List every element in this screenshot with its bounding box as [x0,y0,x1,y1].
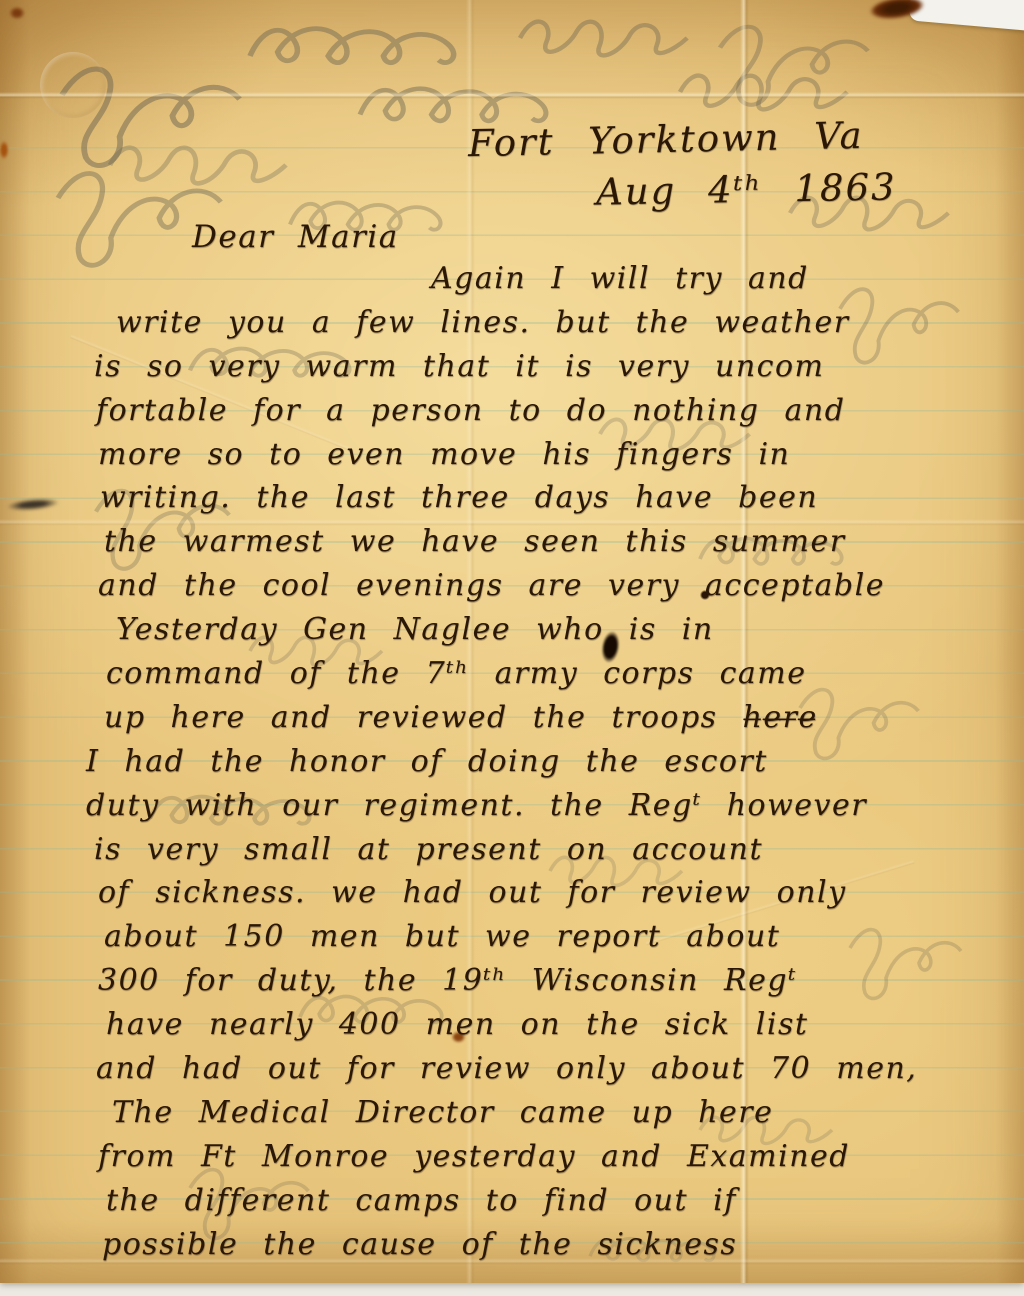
place-line: Fort Yorktown Va [468,114,864,165]
embossed-seal [40,52,106,118]
letter-line: write you a few lines. but the weather [86,305,1022,349]
salutation: Dear Maria [192,219,399,255]
letter-line: have nearly 400 men on the sick list [86,1007,1022,1051]
letter-line: Yesterday Gen Naglee who is in [86,612,1022,656]
ink-smudge [2,495,65,513]
corner-stain [858,0,935,27]
letter-page: Fort Yorktown Va Aug 4ᵗʰ 1863 Dear Maria… [0,0,1024,1283]
letter-line: more so to even move his fingers in [86,437,1022,481]
letter-line: possible the cause of the sickness [86,1227,1022,1271]
fold-crease-horizontal-top [0,92,1024,99]
letter-line: the different camps to find out if [86,1183,1022,1227]
letter-line: writing. the last three days have been [86,480,1022,524]
letter-line: from Ft Monroe yesterday and Examined [86,1139,1022,1183]
letter-line: The Medical Director came up here [86,1095,1022,1139]
letter-line: is very small at present on account [86,832,1022,876]
letter-line: about 150 men but we report about [86,919,1022,963]
letter-line: 300 for duty, the 19ᵗʰ Wisconsin Regᵗ [86,963,1022,1007]
letter-line: up here and reviewed the troops h̶e̶r̶e̶ [86,700,1022,744]
date-line: Aug 4ᵗʰ 1863 [596,165,897,213]
letter-line: Again I will try and [86,261,1022,305]
letter-line: is so very warm that it is very uncom [86,349,1022,393]
letter-line: and had out for review only about 70 men… [86,1051,1022,1095]
corner-stain-dots [6,4,28,22]
rust-spot [0,138,10,162]
letter-body: Again I will try andwrite you a few line… [86,261,1022,1270]
letter-line: command of the 7ᵗʰ army corps came [86,656,1022,700]
letter-line: and the cool evenings are very acceptabl… [86,568,1022,612]
letter-line: the warmest we have seen this summer [86,524,1022,568]
letter-line: duty with our regiment. the Regᵗ however [86,788,1022,832]
letter-line: of sickness. we had out for review only [86,875,1022,919]
letter-line: I had the honor of doing the escort [86,744,1022,788]
letter-line: fortable for a person to do nothing and [86,393,1022,437]
